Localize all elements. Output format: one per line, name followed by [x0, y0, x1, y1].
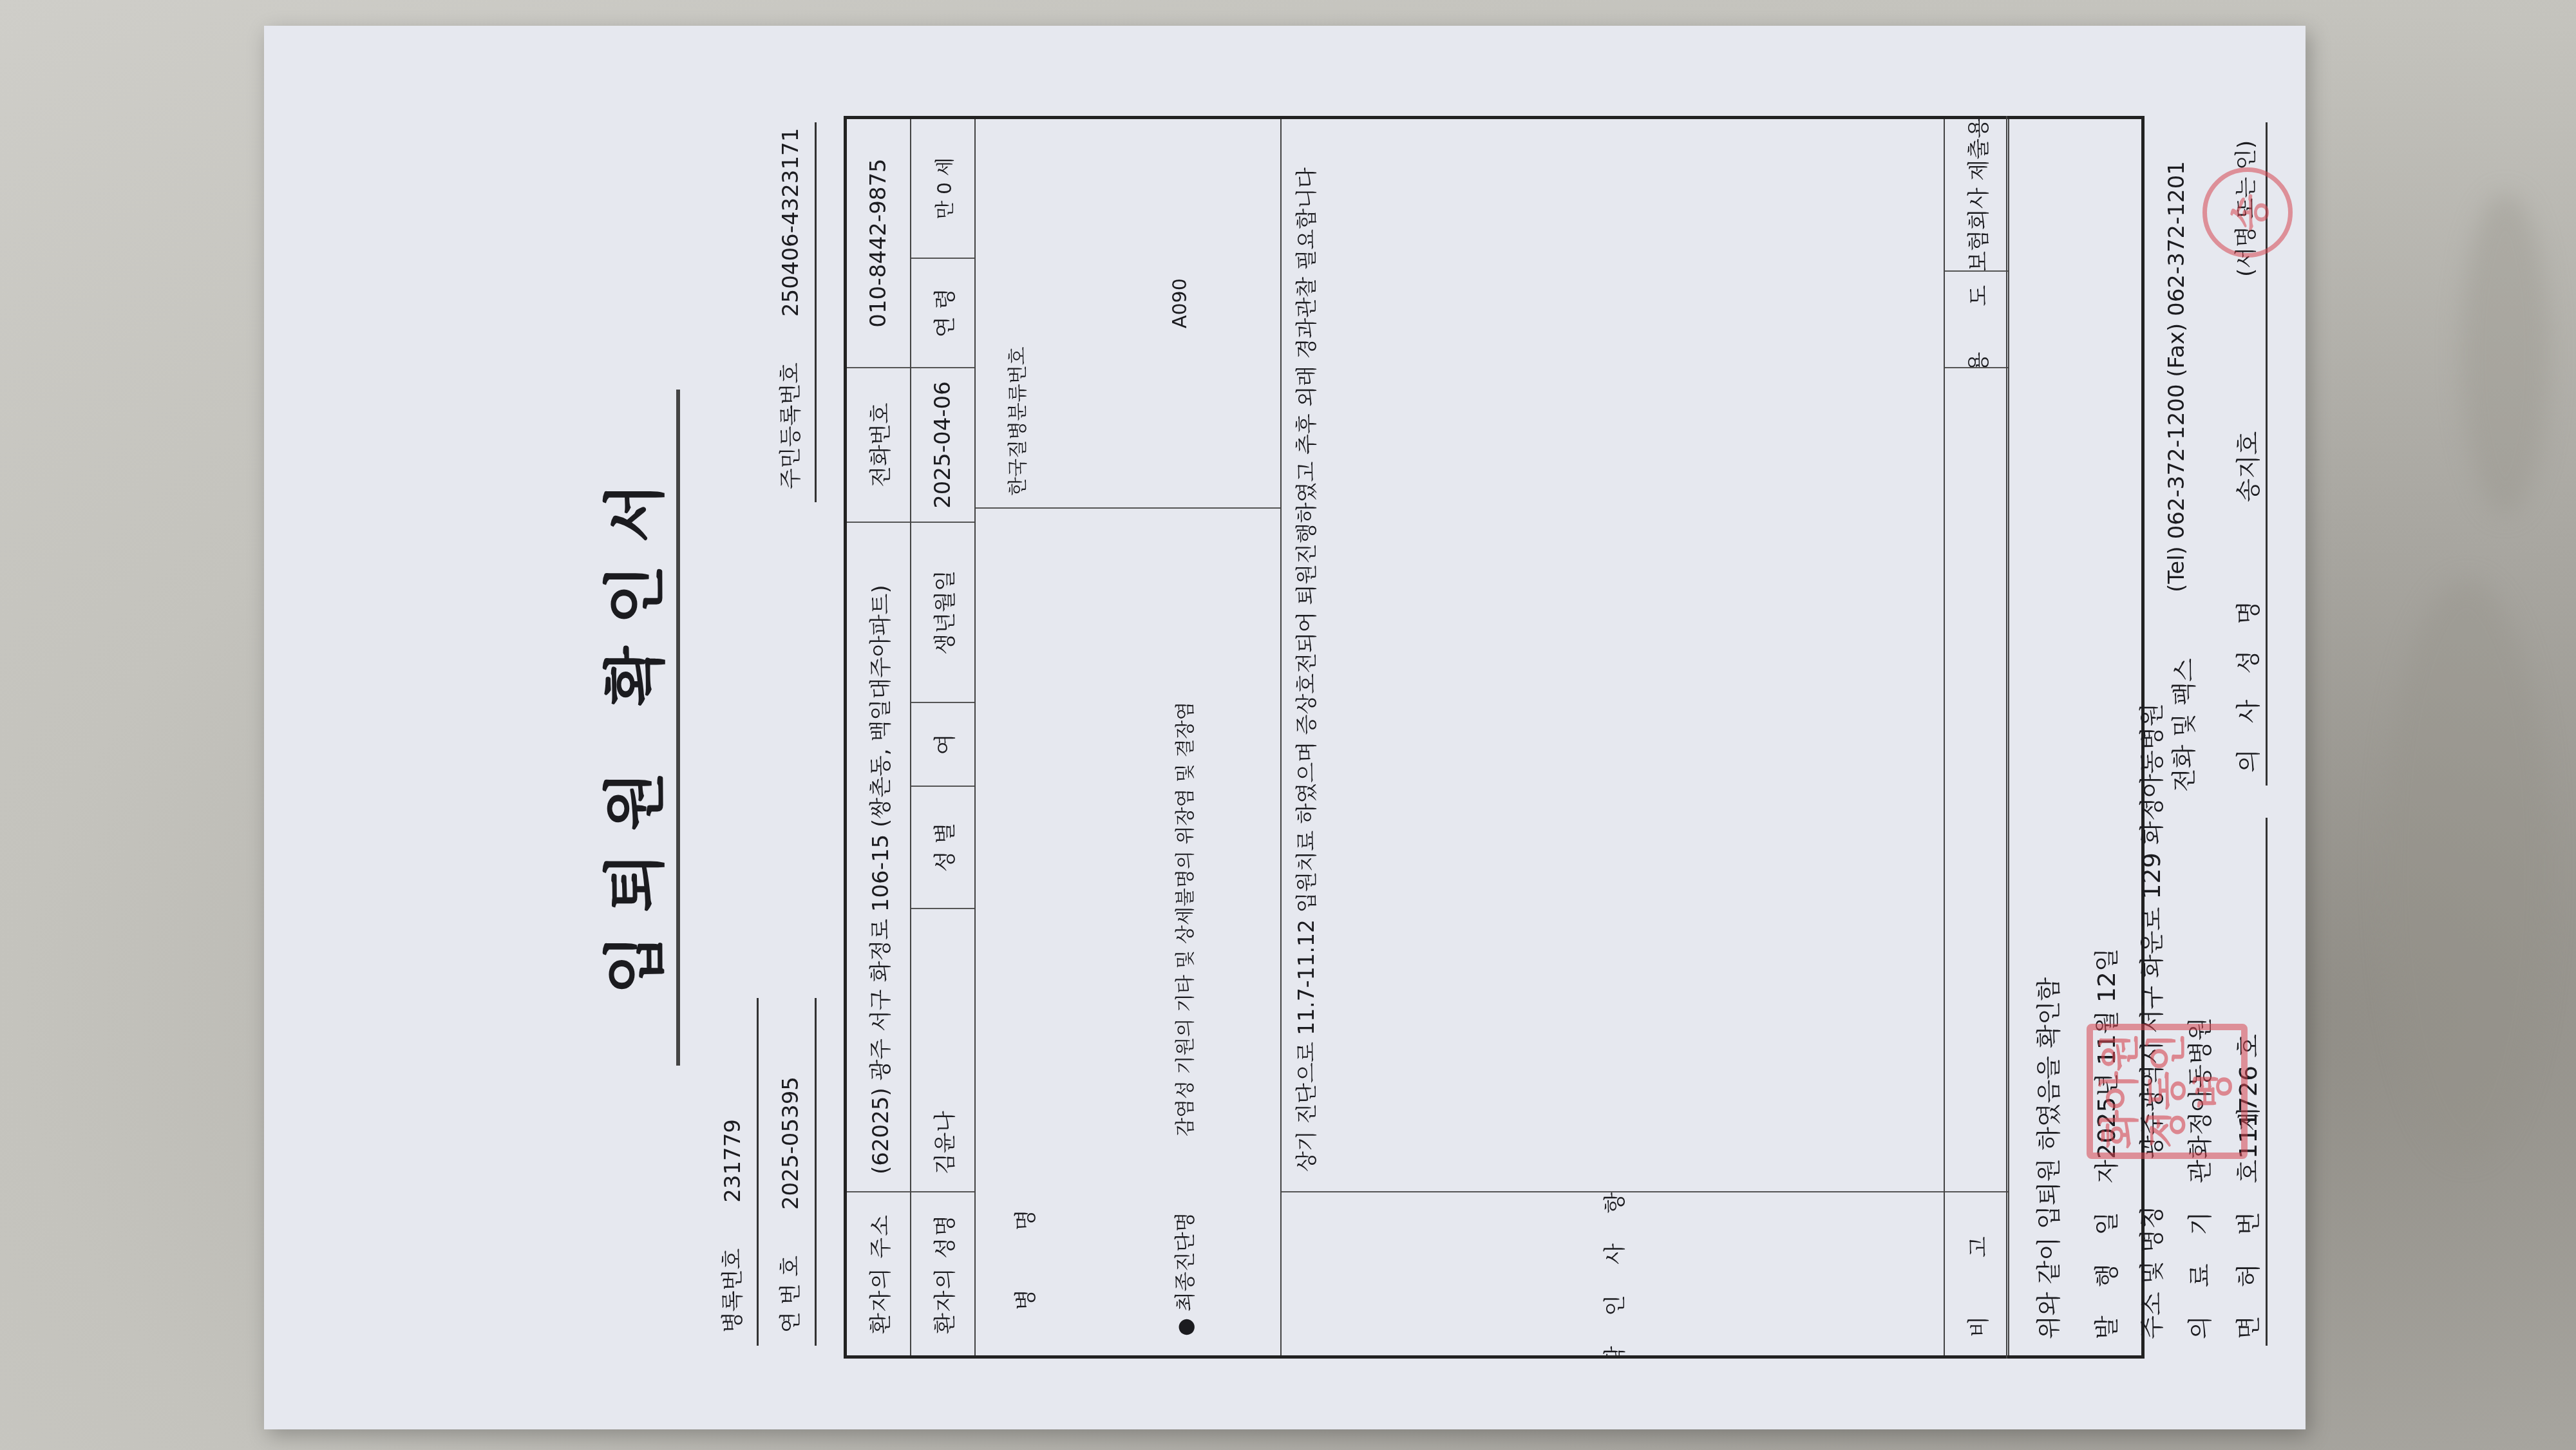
- serial-number-row: 연 번 호 2025-05395: [773, 1077, 804, 1333]
- phone-label: 전화번호: [847, 367, 910, 522]
- doctor-name-value: 송지호: [2228, 431, 2264, 502]
- tel-fax-value: (Tel) 062-372-1200 (Fax) 062-372-1201: [2164, 161, 2190, 592]
- phone-value: 010-8442-9875: [847, 119, 910, 367]
- purpose-value: 보험회사 제출용: [1945, 119, 2008, 270]
- diagnosis-cell: 병 명 ● 최종진단명 감염성 기원의 기타 및 상세불명의 위장염 및 결장염…: [976, 119, 1280, 1355]
- confirmation-row: 확 인 사 항 상기 진단으로 11.7-11.12 입원치료 하였으며 증상호…: [1282, 119, 1945, 1355]
- paper-sheet: 입퇴원 확인서 병록번호 231779 연 번 호 2025-05395 주민등…: [264, 26, 2306, 1429]
- address-value: (62025) 광주 서구 화정로 106-15 (쌍촌동, 백일대주아파트): [847, 522, 910, 1191]
- institution-label: 의 료 기 관: [2180, 1149, 2215, 1339]
- serial-number-label: 연 번 호: [778, 1256, 804, 1333]
- chart-number-row: 병록번호 231779: [715, 1119, 746, 1333]
- remarks-row: 비 고 용 도 보험회사 제출용: [1945, 119, 2009, 1355]
- final-diagnosis-label: ● 최종진단명: [1169, 1212, 1198, 1336]
- certificate-table: 환자의 주소 (62025) 광주 서구 화정로 106-15 (쌍촌동, 백일…: [844, 116, 2145, 1359]
- resident-number-label: 주민등록번호: [778, 362, 804, 489]
- kcd-code: A090: [1169, 278, 1191, 328]
- document-title: 입퇴원 확인서: [586, 26, 674, 1429]
- confirmation-text: 상기 진단으로 11.7-11.12 입원치료 하였으며 증상호전되어 퇴원진행…: [1282, 119, 1944, 1191]
- sex-label: 성 별: [911, 786, 974, 908]
- diagnosis-divider: [976, 507, 1280, 1355]
- sex-value: 여: [911, 702, 974, 786]
- issuance-divider: [2006, 116, 2007, 1359]
- chart-number-value: 231779: [720, 1119, 746, 1203]
- chart-number-label: 병록번호: [720, 1248, 746, 1333]
- background-marble: [2460, 193, 2550, 515]
- address-label: 환자의 주소: [847, 1191, 910, 1355]
- name-value: 김윤나: [911, 908, 974, 1191]
- age-value: 만 0 세: [911, 119, 974, 258]
- address-row: 환자의 주소 (62025) 광주 서구 화정로 106-15 (쌍촌동, 백일…: [847, 119, 911, 1355]
- license-rule: [2266, 818, 2268, 1346]
- hospital-seal: 화아원 정동인 병: [2087, 1024, 2248, 1159]
- doctor-name-label: 의 사 성 명: [2228, 592, 2264, 773]
- admission-discharge-certificate: 입퇴원 확인서 병록번호 231779 연 번 호 2025-05395 주민등…: [264, 26, 2306, 1429]
- age-label: 연 령: [911, 258, 974, 367]
- tel-fax-label: 전화 및 팩스: [2164, 658, 2199, 792]
- remarks-value: [1945, 367, 2008, 1191]
- birth-label: 생년월일: [911, 522, 974, 702]
- hospital-address-label: 주소 및 명칭: [2132, 1205, 2167, 1339]
- resident-number-value: 250406-4323171: [778, 128, 804, 317]
- final-diagnosis-value: 감염성 기원의 기타 및 상세불명의 위장염 및 결장염: [1169, 702, 1197, 1136]
- remarks-label: 비 고: [1945, 1191, 2008, 1355]
- background-marble: [2383, 579, 2550, 1159]
- confirmation-label: 확 인 사 항: [1282, 1191, 1944, 1355]
- serial-number-value: 2025-05395: [778, 1077, 804, 1210]
- issue-date-label: 발 행 일 자: [2087, 1149, 2122, 1339]
- name-label: 환자의 성명: [911, 1191, 974, 1355]
- header-rule: [757, 998, 759, 1346]
- diagnosis-row: 병 명 ● 최종진단명 감염성 기원의 기타 및 상세불명의 위장염 및 결장염…: [976, 119, 1282, 1355]
- doctor-seal: 송: [2202, 167, 2293, 258]
- resident-number-row: 주민등록번호 250406-4323171: [773, 128, 804, 489]
- purpose-label: 용 도: [1945, 270, 2008, 367]
- title-underline: [676, 390, 680, 1066]
- patient-row: 환자의 성명 김윤나 성 별 여 생년월일 2025-04-06 연 령 만 0…: [911, 119, 976, 1355]
- header-rule: [815, 122, 817, 502]
- issuance-statement: 위와 같이 입퇴원 하였음을 확인함: [2029, 977, 2064, 1339]
- birth-value: 2025-04-06: [911, 367, 974, 522]
- header-rule: [815, 998, 817, 1346]
- kcd-label: 한국질병분류번호: [1001, 346, 1030, 496]
